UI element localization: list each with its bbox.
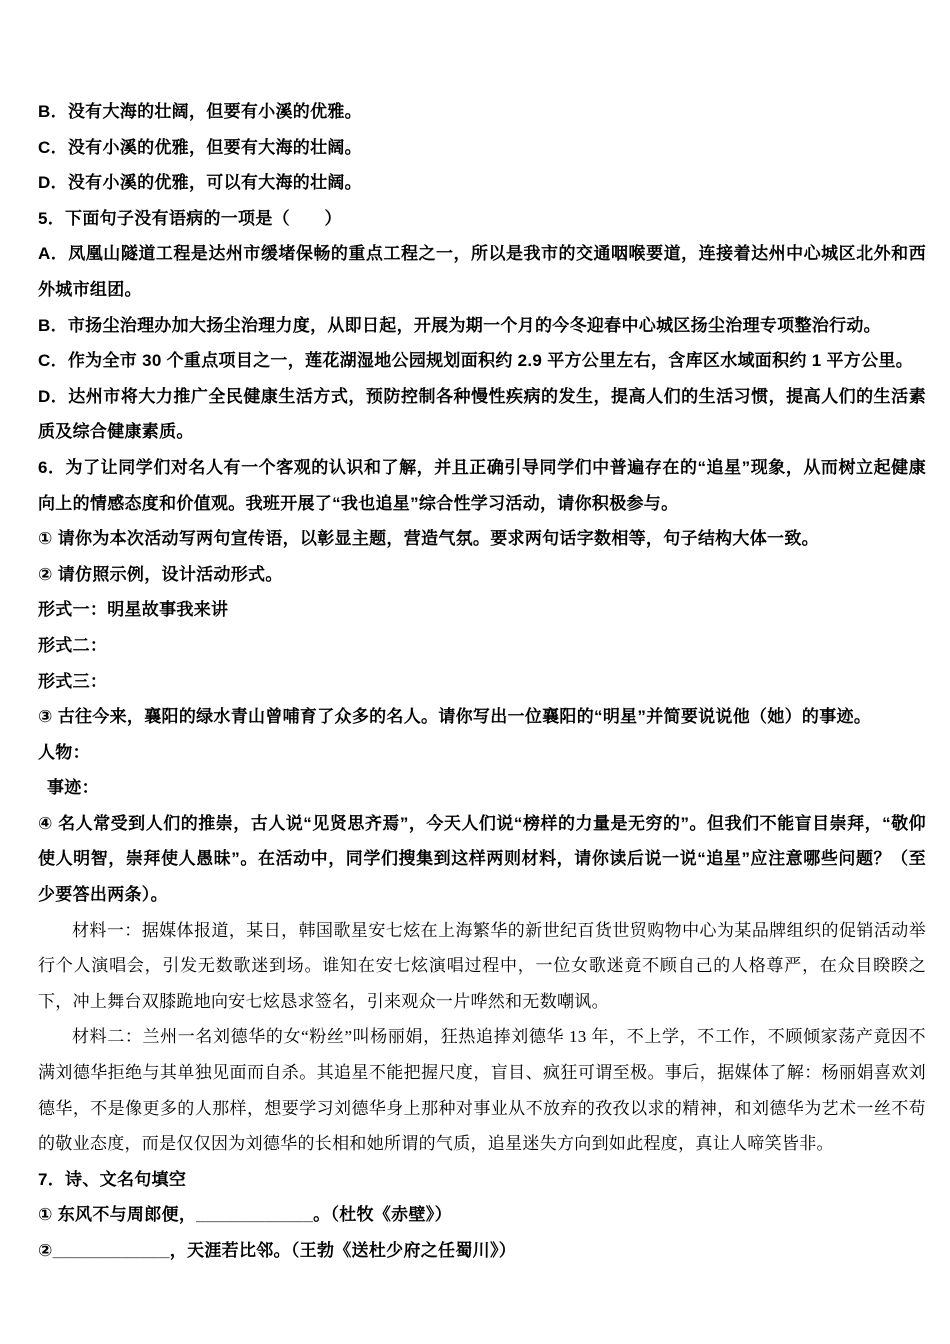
- q6-form-example-1: 形式一：明星故事我来讲: [38, 592, 926, 628]
- q5-option-d: D．达州市将大力推广全民健康生活方式，预防控制各种慢性疾病的发生，提高人们的生活…: [38, 379, 926, 450]
- q6-material-2: 材料二：兰州一名刘德华的女“粉丝”叫杨丽娟，狂热追捧刘德华 13 年，不上学，不…: [38, 1019, 926, 1161]
- q6-form-blank-2: 形式二：: [38, 628, 926, 664]
- question-5-stem: 5．下面句子没有语病的一项是（ ）: [38, 201, 926, 237]
- question-7-stem: 7．诗、文名句填空: [38, 1162, 926, 1198]
- q5-option-c: C．作为全市 30 个重点项目之一，莲花湖湿地公园规划面积约 2.9 平方公里左…: [38, 343, 926, 379]
- q4-option-c: C．没有小溪的优雅，但要有大海的壮阔。: [38, 130, 926, 166]
- q5-option-b: B．市扬尘治理办加大扬尘治理力度，从即日起，开展为期一个月的今冬迎春中心城区扬尘…: [38, 308, 926, 344]
- q7-blank-1: ① 东风不与周郎便，____________。（杜牧《赤壁》）: [38, 1197, 926, 1233]
- q6-task-4: ④ 名人常受到人们的推崇，古人说“见贤思齐焉”，今天人们说“榜样的力量是无穷的”…: [38, 806, 926, 913]
- q6-task-1: ① 请你为本次活动写两句宣传语，以彰显主题，营造气氛。要求两句话字数相等，句子结…: [38, 521, 926, 557]
- question-6-intro: 6．为了让同学们对名人有一个客观的认识和了解，并且正确引导同学们中普遍存在的“追…: [38, 450, 926, 521]
- q6-person-label: 人物：: [38, 735, 926, 771]
- q6-deeds-label: 事迹：: [38, 770, 926, 806]
- q6-form-blank-3: 形式三：: [38, 664, 926, 700]
- q7-blank-2: ②____________，天涯若比邻。（王勃《送杜少府之任蜀川》）: [38, 1233, 926, 1269]
- exam-content: B．没有大海的壮阔，但要有小溪的优雅。 C．没有小溪的优雅，但要有大海的壮阔。 …: [38, 94, 926, 1269]
- q6-material-1: 材料一：据媒体报道，某日，韩国歌星安七炫在上海繁华的新世纪百货世贸购物中心为某品…: [38, 913, 926, 1020]
- q6-task-2: ② 请仿照示例，设计活动形式。: [38, 557, 926, 593]
- q4-option-b: B．没有大海的壮阔，但要有小溪的优雅。: [38, 94, 926, 130]
- exam-page: B．没有大海的壮阔，但要有小溪的优雅。 C．没有小溪的优雅，但要有大海的壮阔。 …: [0, 0, 950, 1344]
- q5-option-a: A．凤凰山隧道工程是达州市缓堵保畅的重点工程之一，所以是我市的交通咽喉要道，连接…: [38, 236, 926, 307]
- q6-task-3: ③ 古往今来，襄阳的绿水青山曾哺育了众多的名人。请你写出一位襄阳的“明星”并简要…: [38, 699, 926, 735]
- q4-option-d: D．没有小溪的优雅，可以有大海的壮阔。: [38, 165, 926, 201]
